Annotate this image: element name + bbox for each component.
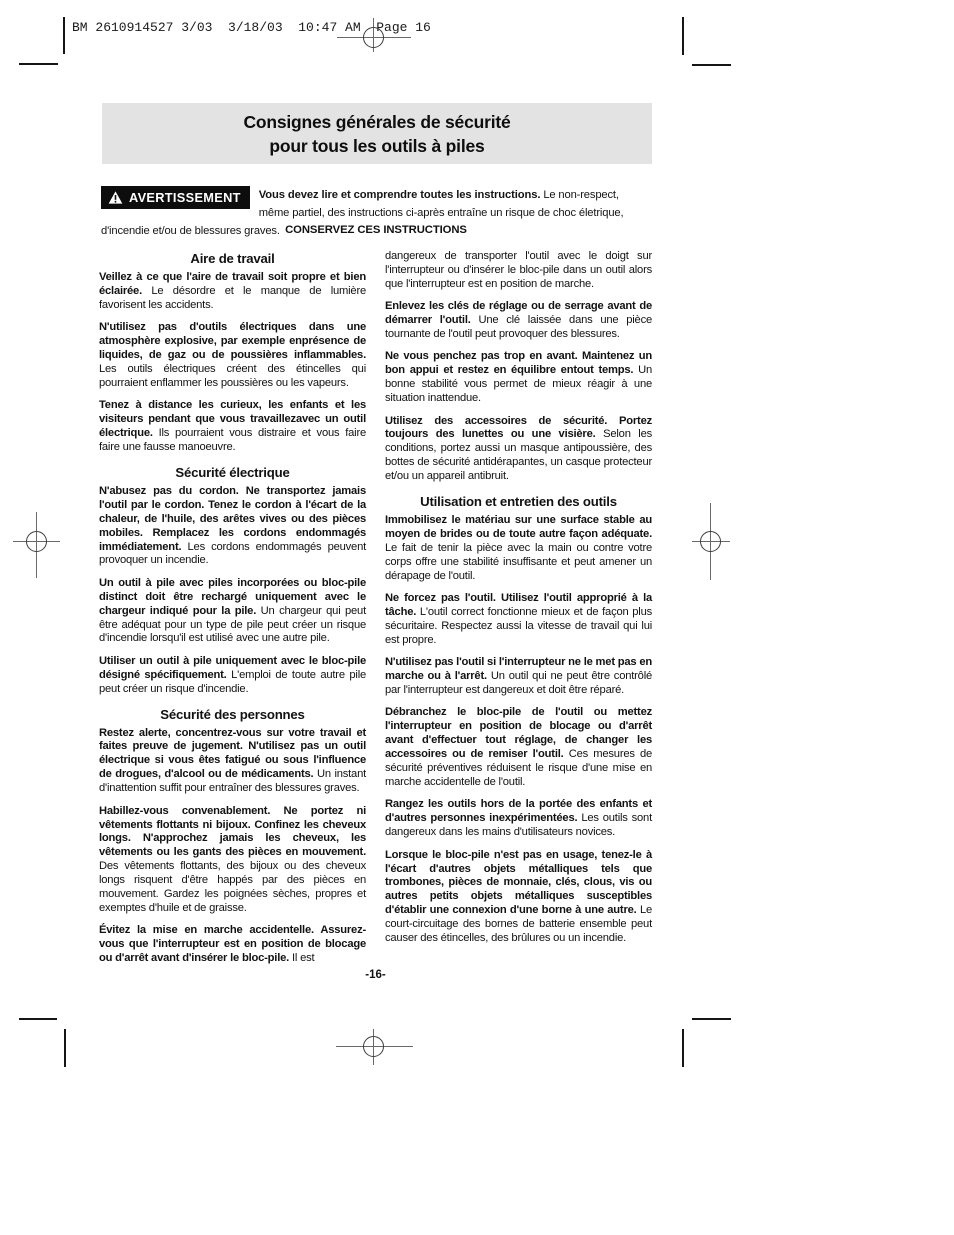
crop-mark-bottom-left-vertical	[64, 1029, 66, 1067]
section-heading: Utilisation et entretien des outils	[385, 494, 652, 509]
body-column-right: dangereux de transporter l'outil avec le…	[385, 250, 652, 954]
warning-lead-bold: Vous devez lire et comprendre toutes les…	[259, 189, 541, 201]
body-paragraph: Enlevez les clés de réglage ou de serrag…	[385, 300, 652, 342]
section-heading: Sécurité des personnes	[99, 707, 366, 722]
body-paragraph: Immobilisez le matériau sur une surface …	[385, 514, 652, 584]
body-paragraph: Un outil à pile avec piles incorporées o…	[99, 577, 366, 647]
crop-mark-top-left-horizontal	[19, 63, 58, 65]
body-paragraph: Restez alerte, concentrez-vous sur votre…	[99, 727, 366, 797]
para-lead-bold: Ne vous penchez pas trop en avant. Maint…	[385, 350, 652, 376]
para-body-text: L'outil correct fonctionne mieux et de f…	[385, 606, 652, 646]
page-number: -16-	[99, 969, 652, 981]
para-lead-bold: Immobilisez le matériau sur une surface …	[385, 514, 652, 540]
crop-mark-bottom-right-vertical	[682, 1029, 684, 1067]
section-heading: Sécurité électrique	[99, 465, 366, 480]
body-paragraph: Lorsque le bloc-pile n'est pas en usage,…	[385, 849, 652, 946]
crop-mark-top-left-vertical	[63, 17, 65, 54]
warning-label-badge: AVERTISSEMENT	[101, 186, 250, 209]
registration-circle-icon	[26, 531, 47, 552]
body-paragraph: Débranchez le bloc-pile de l'outil ou me…	[385, 706, 652, 789]
section-title-banner: Consignes générales de sécurité pour tou…	[102, 103, 652, 164]
registration-circle-icon	[700, 531, 721, 552]
body-paragraph: N'utilisez pas d'outils électriques dans…	[99, 321, 366, 391]
body-paragraph: Ne vous penchez pas trop en avant. Maint…	[385, 350, 652, 406]
para-body-text: Des vêtements flottants, des bijoux ou d…	[99, 860, 366, 914]
para-body-text: Il est	[289, 952, 314, 964]
crop-mark-bottom-left-horizontal	[19, 1018, 57, 1020]
crop-mark-top-right-horizontal	[692, 64, 731, 66]
body-paragraph: Ne forcez pas l'outil. Utilisez l'outil …	[385, 592, 652, 648]
save-instructions-line: CONSERVEZ CES INSTRUCTIONS	[101, 224, 651, 236]
crop-mark-bottom-right-horizontal	[692, 1018, 731, 1020]
para-lead-bold: N'utilisez pas d'outils électriques dans…	[99, 321, 366, 361]
para-lead-bold: Lorsque le bloc-pile n'est pas en usage,…	[385, 849, 652, 917]
body-paragraph: Utilisez des accessoires de sécurité. Po…	[385, 415, 652, 485]
crop-mark-top-right-vertical	[682, 17, 684, 55]
para-body-text: Le fait de tenir la pièce avec la main o…	[385, 542, 652, 582]
body-paragraph: N'utilisez pas l'outil si l'interrupteur…	[385, 656, 652, 698]
body-paragraph: dangereux de transporter l'outil avec le…	[385, 250, 652, 292]
body-column-left: Aire de travailVeillez à ce que l'aire d…	[99, 250, 366, 975]
body-paragraph: Habillez-vous convenablement. Ne portez …	[99, 805, 366, 916]
registration-circle-icon	[363, 27, 384, 48]
body-paragraph: Tenez à distance les curieux, les enfant…	[99, 399, 366, 455]
para-lead-bold: Évitez la mise en marche accidentelle. A…	[99, 924, 366, 964]
body-paragraph: N'abusez pas du cordon. Ne transportez j…	[99, 485, 366, 568]
para-body-text: dangereux de transporter l'outil avec le…	[385, 250, 652, 290]
para-body-text: Les outils électriques créent des étince…	[99, 363, 366, 389]
page-title-line2: pour tous les outils à piles	[102, 134, 652, 158]
para-lead-bold: Habillez-vous convenablement. Ne portez …	[99, 805, 366, 859]
manual-page: BM 2610914527 3/03 3/18/03 10:47 AM Page…	[0, 0, 954, 1235]
warning-label-text: AVERTISSEMENT	[129, 190, 241, 205]
page-title-line1: Consignes générales de sécurité	[102, 110, 652, 134]
body-paragraph: Veillez à ce que l'aire de travail soit …	[99, 271, 366, 313]
body-paragraph: Rangez les outils hors de la portée des …	[385, 798, 652, 840]
body-paragraph: Utiliser un outil à pile uniquement avec…	[99, 655, 366, 697]
registration-circle-icon	[363, 1036, 384, 1057]
body-paragraph: Évitez la mise en marche accidentelle. A…	[99, 924, 366, 966]
section-heading: Aire de travail	[99, 251, 366, 266]
warning-triangle-icon	[108, 191, 123, 204]
